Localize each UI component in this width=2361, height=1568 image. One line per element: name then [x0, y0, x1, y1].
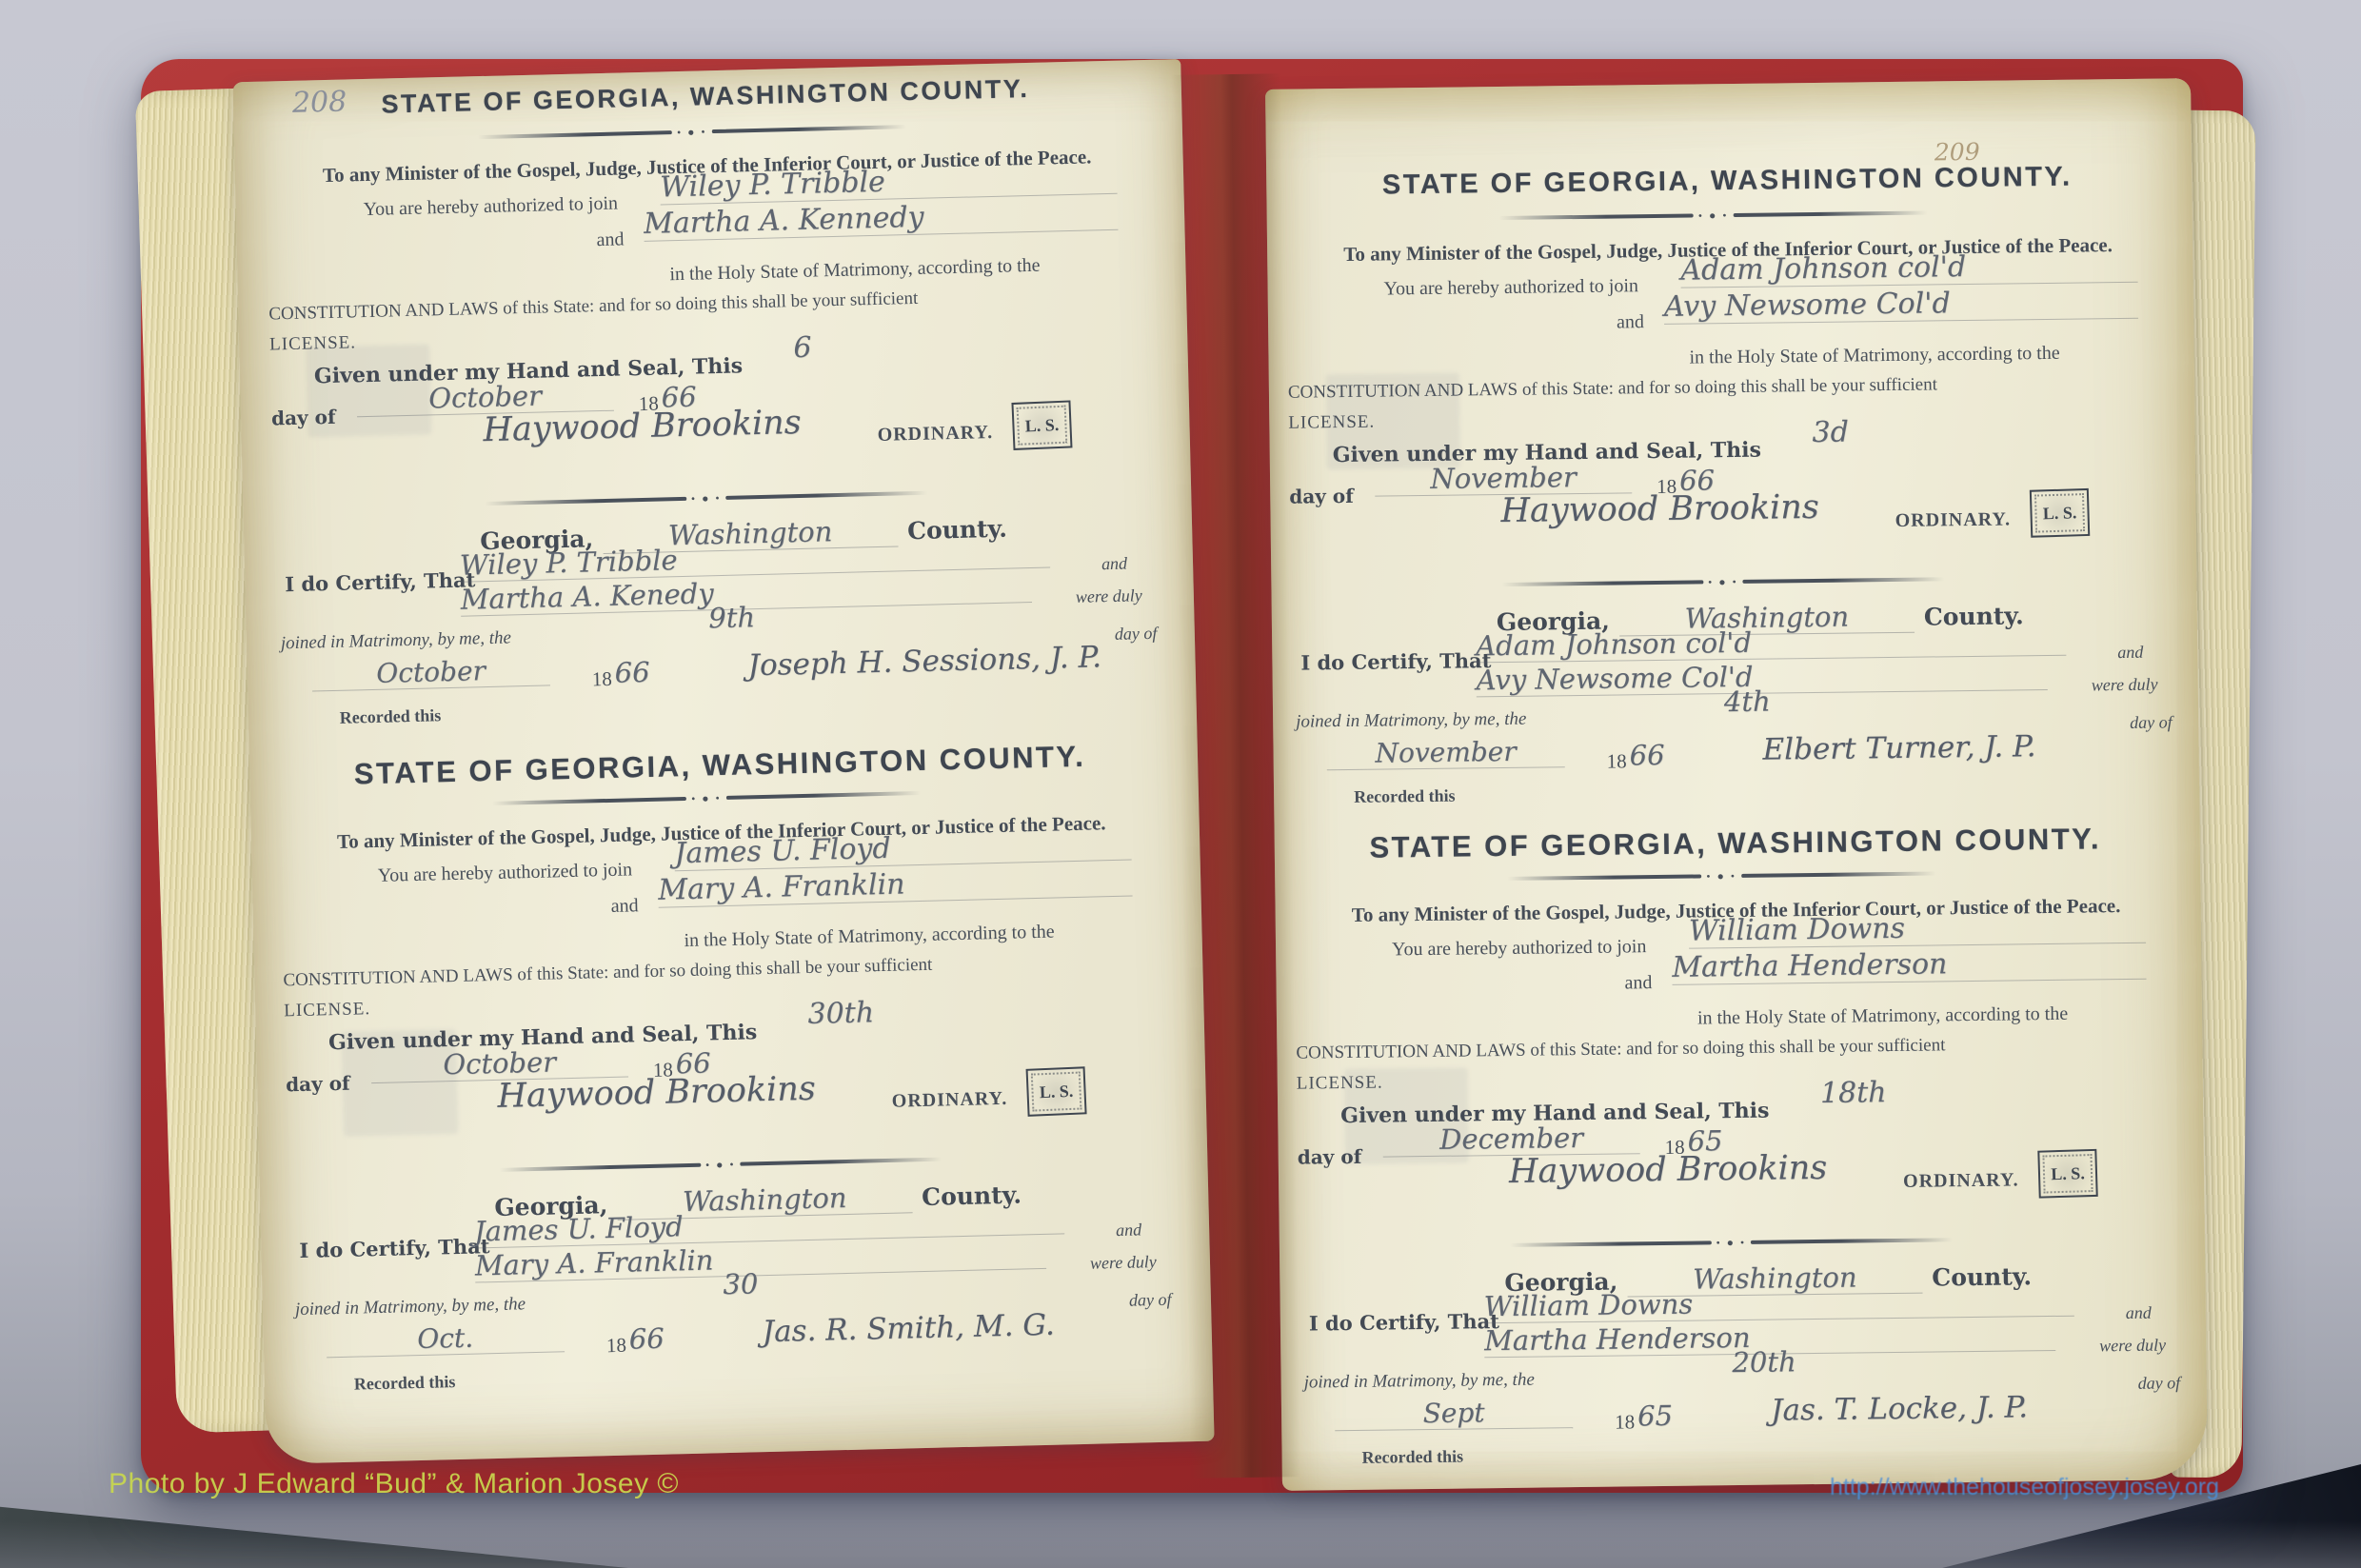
authorize-label: You are hereby authorized to join	[1392, 936, 1647, 961]
married-month-handwritten: Oct.	[326, 1320, 565, 1358]
ornament-dots: • ● •	[701, 1157, 741, 1172]
ornament-divider: • ● •	[1499, 208, 1928, 223]
ornament-dots: • ● •	[1694, 208, 1734, 223]
married-year: 18 65	[1615, 1402, 1673, 1436]
matrimony-line: in the Holy State of Matrimony, accordin…	[1697, 1003, 2068, 1030]
ornament-dots: • ● •	[672, 125, 712, 140]
and-label: and	[2117, 643, 2143, 663]
married-year-handwritten: 66	[1629, 739, 1664, 771]
were-duly-label: were duly	[1090, 1252, 1157, 1274]
authorize-label: You are hereby authorized to join	[1383, 275, 1638, 300]
officiant-signature: Jas. R. Smith, M. G.	[762, 1308, 1055, 1349]
ornament-divider: • ● •	[492, 788, 921, 808]
marriage-record: STATE OF GEORGIA, WASHINGTON COUNTY. • ●…	[1288, 821, 2191, 1491]
year-prefix-printed: 18	[1607, 749, 1627, 773]
day-of-label: day of	[2130, 712, 2173, 733]
and-label: and	[2126, 1303, 2152, 1323]
seal-label: L. S.	[2051, 1163, 2085, 1184]
right-page: 209 STATE OF GEORGIA, WASHINGTON COUNTY.…	[1265, 78, 2208, 1491]
recorded-this-label: Recorded this	[354, 1372, 456, 1395]
day-of-label: day of	[1129, 1290, 1172, 1311]
day-of-label: day of	[2138, 1373, 2181, 1394]
year-prefix-printed: 18	[592, 667, 613, 692]
married-year-handwritten: 66	[628, 1322, 665, 1356]
recorded-this-label: Recorded this	[340, 705, 442, 728]
year-prefix-printed: 18	[606, 1334, 627, 1359]
record-title: STATE OF GEORGIA, WASHINGTON COUNTY.	[258, 71, 1153, 123]
married-month-handwritten: November	[1326, 735, 1564, 770]
year-prefix-printed: 18	[1615, 1410, 1635, 1434]
authorize-label: You are hereby authorized to join	[378, 859, 633, 887]
website-watermark: http://www.thehouseofjosey.josey.org	[1830, 1474, 2219, 1501]
and-label: and	[1624, 972, 1652, 994]
married-year-handwritten: 65	[1637, 1399, 1673, 1432]
day-of-label: day of	[1289, 485, 1354, 508]
joined-matrimony-label: joined in Matrimony, by me, the	[295, 1294, 526, 1320]
matrimony-line: in the Holy State of Matrimony, accordin…	[1689, 343, 2059, 369]
were-duly-label: were duly	[2092, 675, 2158, 696]
ornament-divider: • ● •	[499, 1155, 942, 1175]
certify-label: I do Certify, That	[1309, 1309, 1499, 1335]
certify-label: I do Certify, That	[285, 567, 476, 596]
ornament-dots: • ● •	[686, 790, 726, 805]
married-day-handwritten: 9th	[708, 601, 756, 634]
ls-seal: L. S.	[2030, 488, 2090, 538]
day-of-label: day of	[286, 1072, 350, 1097]
license-day-handwritten: 18th	[1820, 1076, 1887, 1110]
married-year-handwritten: 66	[614, 656, 650, 689]
license-label: LICENSE.	[284, 999, 370, 1022]
officiant-signature: Jas. T. Locke, J. P.	[1771, 1390, 2028, 1427]
ls-seal: L. S.	[1026, 1066, 1087, 1117]
constitution-line: CONSTITUTION AND LAWS of this State: and…	[268, 288, 918, 326]
license-day-handwritten: 3d	[1812, 416, 1849, 449]
ordinary-signature: Haywood Brookins	[1500, 488, 1819, 530]
married-day-handwritten: 30	[723, 1267, 759, 1300]
and-label: and	[1116, 1220, 1142, 1241]
and-label: and	[596, 228, 624, 251]
day-of-label: day of	[1115, 624, 1158, 645]
married-year: 18 66	[1606, 742, 1664, 775]
ls-seal: L. S.	[2037, 1149, 2097, 1199]
bride-name-handwritten: Avy Newsome Col'd	[1664, 285, 2138, 325]
photo-of-marriage-record-book: 208 STATE OF GEORGIA, WASHINGTON COUNTY.…	[0, 0, 2361, 1568]
ornament-divider: • ● •	[1507, 868, 1935, 883]
were-duly-label: were duly	[2099, 1336, 2166, 1357]
marriage-record: STATE OF GEORGIA, WASHINGTON COUNTY. • ●…	[272, 738, 1183, 1426]
license-label: LICENSE.	[1288, 412, 1375, 434]
recorded-this-label: Recorded this	[1361, 1447, 1463, 1468]
license-day-handwritten: 30th	[807, 996, 874, 1031]
ordinary-label: ORDINARY.	[1895, 508, 2011, 531]
and-label: and	[610, 895, 638, 918]
seal-label: L. S.	[1024, 414, 1059, 435]
married-year: 18 66	[605, 1325, 665, 1359]
left-page: 208 STATE OF GEORGIA, WASHINGTON COUNTY.…	[232, 59, 1214, 1464]
ornament-dots: • ● •	[1703, 574, 1743, 589]
officiant-signature: Elbert Turner, J. P.	[1762, 729, 2035, 767]
ornament-dots: • ● •	[1711, 1235, 1751, 1250]
certify-label: I do Certify, That	[299, 1234, 490, 1262]
ornament-dots: • ● •	[686, 490, 726, 506]
and-label: and	[1101, 554, 1128, 575]
record-title: STATE OF GEORGIA, WASHINGTON COUNTY.	[1280, 160, 2174, 202]
seal-label: L. S.	[1039, 1081, 1073, 1102]
were-duly-label: were duly	[1076, 586, 1142, 607]
license-label: LICENSE.	[1297, 1073, 1383, 1095]
married-month-handwritten: October	[311, 653, 550, 691]
ornament-divider: • ● •	[1501, 574, 1944, 589]
ornament-dots: • ● •	[1701, 868, 1741, 883]
ls-seal: L. S.	[1011, 400, 1072, 450]
groom-name-handwritten: Adam Johnson col'd	[1680, 248, 2137, 288]
marriage-record: STATE OF GEORGIA, WASHINGTON COUNTY. • ●…	[1280, 160, 2182, 837]
and-label: and	[1617, 311, 1644, 333]
bride-name-handwritten: Martha Henderson	[1672, 945, 2146, 985]
matrimony-line: in the Holy State of Matrimony, accordin…	[669, 255, 1041, 287]
certify-label: I do Certify, That	[1300, 648, 1491, 674]
day-of-label: day of	[271, 406, 336, 430]
married-year: 18 66	[591, 659, 650, 692]
joined-matrimony-label: joined in Matrimony, by me, the	[1304, 1370, 1535, 1394]
married-day-handwritten: 4th	[1724, 685, 1771, 719]
groom-name-handwritten: William Downs	[1689, 909, 2146, 949]
recorded-this-label: Recorded this	[1354, 786, 1456, 807]
day-of-label: day of	[1298, 1145, 1362, 1169]
constitution-line: CONSTITUTION AND LAWS of this State: and…	[283, 955, 932, 992]
marriage-record: STATE OF GEORGIA, WASHINGTON COUNTY. • ●…	[258, 71, 1169, 760]
authorize-label: You are hereby authorized to join	[363, 193, 618, 222]
joined-matrimony-label: joined in Matrimony, by me, the	[1296, 709, 1526, 733]
ordinary-label: ORDINARY.	[1903, 1169, 2019, 1192]
officiant-signature: Joseph H. Sessions, J. P.	[747, 640, 1101, 683]
ornament-divider: • ● •	[1510, 1235, 1953, 1250]
ornament-divider: • ● •	[478, 122, 906, 142]
table-front-edge	[0, 1521, 2361, 1568]
constitution-line: CONSTITUTION AND LAWS of this State: and…	[1296, 1035, 1945, 1063]
ordinary-label: ORDINARY.	[877, 422, 993, 447]
constitution-line: CONSTITUTION AND LAWS of this State: and…	[1288, 374, 1937, 403]
license-label: LICENSE.	[269, 332, 356, 355]
license-day-handwritten: 6	[793, 331, 812, 365]
joined-matrimony-label: joined in Matrimony, by me, the	[281, 627, 512, 654]
ornament-divider: • ● •	[485, 488, 927, 508]
married-day-handwritten: 20th	[1732, 1345, 1796, 1379]
ordinary-signature: Haywood Brookins	[1509, 1149, 1828, 1191]
ordinary-label: ORDINARY.	[892, 1088, 1008, 1113]
ordinary-signature: Haywood Brookins	[483, 404, 802, 449]
married-month-handwritten: Sept	[1335, 1396, 1573, 1431]
ordinary-signature: Haywood Brookins	[497, 1070, 816, 1116]
seal-label: L. S.	[2042, 503, 2076, 524]
matrimony-line: in the Holy State of Matrimony, accordin…	[684, 922, 1055, 953]
book-gutter-shadow	[1171, 73, 1301, 1478]
photo-credit-watermark: Photo by J Edward “Bud” & Marion Josey ©	[109, 1468, 679, 1500]
